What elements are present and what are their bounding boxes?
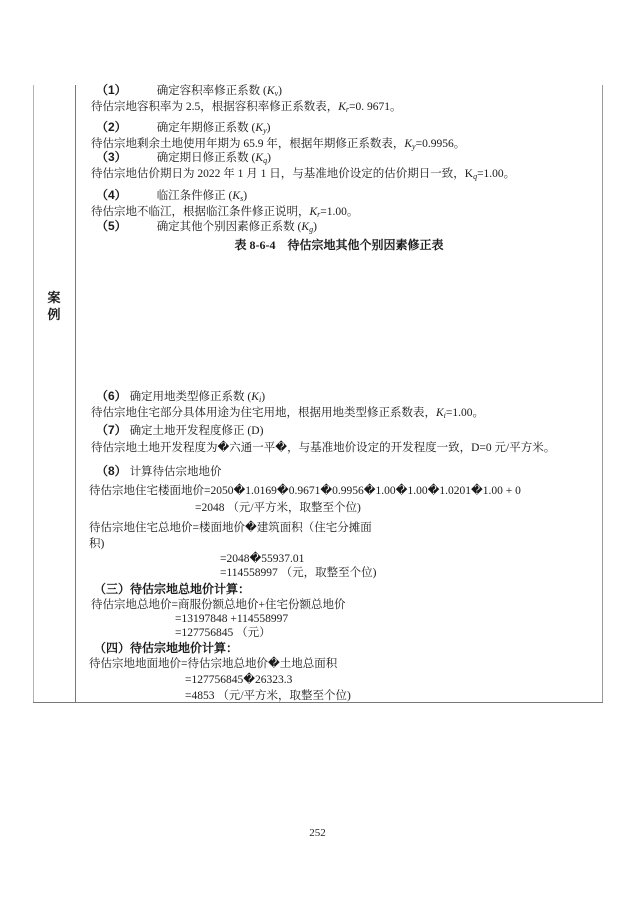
text-line: =2048 （元/平方米，取整至个位) <box>195 502 361 515</box>
text-line: 待估宗地住宅楼面地价=2050�1.0169�0.9671�0.9956�1.0… <box>89 485 521 498</box>
text-line: 待估宗地不临江，根据临江条件修正说明，Kr=1.00。 <box>91 206 358 221</box>
text-line: （1）确定容积率修正系数 (Kv) <box>96 84 282 100</box>
text-line: =114558997 （元，取整至个位) <box>220 567 377 580</box>
text-line: =127756845�26323.3 <box>185 674 292 687</box>
text-line: （8） 计算待估宗地地价 <box>96 465 222 479</box>
text-line: 待估宗地住宅部分具体用途为住宅用地，根据用地类型修正系数表，Ki=1.00。 <box>91 407 484 422</box>
text-line: 表 8-6-4 待估宗地其他个别因素修正表 <box>75 239 603 252</box>
text-line: 积) <box>89 538 104 551</box>
text-line: （7） 确定土地开发程度修正 (D) <box>96 424 263 438</box>
text-line: 待估宗地土地开发程度为�六通一平�，与基准地价设定的开发程度一致，D=0 元/平… <box>91 442 555 455</box>
text-line: （6） 确定用地类型修正系数 (Ki) <box>96 390 265 406</box>
text-line: 待估宗地住宅总地价=楼面地价�建筑面积（住宅分摊面 <box>89 522 372 535</box>
text-line: （四）待估宗地地价计算： <box>94 642 238 655</box>
text-line: =127756845 （元） <box>175 627 271 640</box>
text-line: 待估宗地估价期日为 2022 年 1 月 1 日，与基准地价设定的估价期日一致，… <box>91 168 515 183</box>
text-line: （2）确定年期修正系数 (Ky) <box>96 121 270 137</box>
text-line: （4）临江条件修正 (Ks) <box>96 189 247 205</box>
text-line: 待估宗地容积率为 2.5，根据容积率修正系数表，Kr=0. 9671。 <box>91 101 402 116</box>
table-border-right <box>602 85 603 702</box>
text-line: 待估宗地地面地价=待估宗地总地价�土地总面积 <box>89 658 337 671</box>
text-line: （3）确定期日修正系数 (Kq) <box>96 151 271 167</box>
table-border-outer-left <box>33 85 34 702</box>
text-line: =13197848 +114558997 <box>175 613 288 626</box>
page-number: 252 <box>0 827 635 839</box>
text-line: 待估宗地总地价=商服份额总地价+住宅份额总地价 <box>91 599 345 612</box>
text-line: =2048�55937.01 <box>220 553 304 566</box>
text-line: （5）确定其他个别因素修正系数 (Kg) <box>96 220 317 236</box>
table-border-sidebar-divider <box>75 85 76 702</box>
document-page: 案例 （1）确定容积率修正系数 (Kv)待估宗地容积率为 2.5，根据容积率修正… <box>0 0 635 898</box>
sidebar-case-label: 案例 <box>42 289 66 323</box>
text-line: =4853 （元/平方米，取整至个位) <box>185 690 351 703</box>
text-line: （三）待估宗地总地价计算： <box>94 583 250 596</box>
